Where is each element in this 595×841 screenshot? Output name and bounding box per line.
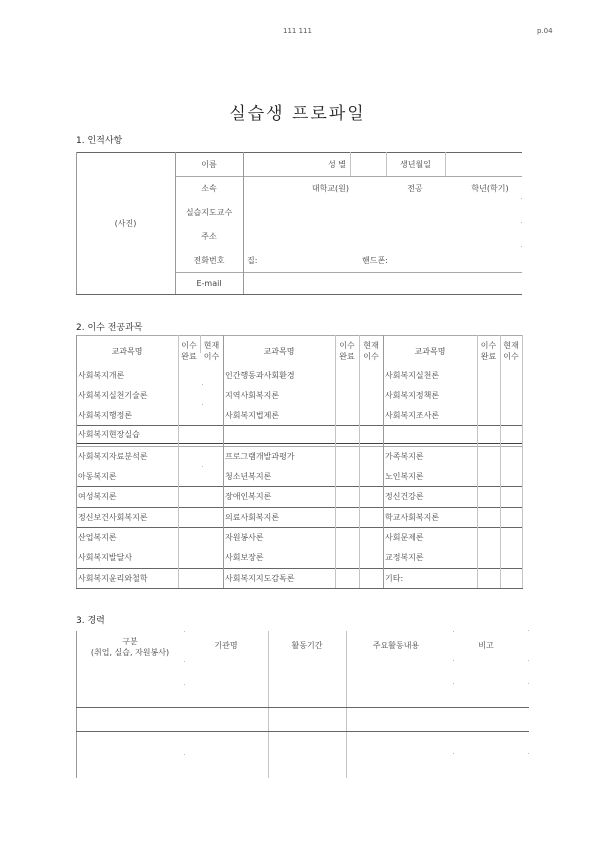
experience-row-2[interactable] <box>77 708 527 730</box>
experience-row-3[interactable] <box>77 732 527 778</box>
col-header-activities: 주요활동내용 <box>346 632 446 658</box>
experience-row-1[interactable] <box>77 662 527 706</box>
col-header-organization: 기관명 <box>184 632 268 658</box>
col-header-period: 활동기간 <box>268 632 346 658</box>
experience-table: 구분 (취업, 실습, 자원봉사) 기관명 활동기간 주요활동내용 비고 <box>0 0 595 841</box>
col-header-remarks: 비고 <box>446 632 526 658</box>
col-header-category: 구분 (취업, 실습, 자원봉사) <box>76 632 184 662</box>
